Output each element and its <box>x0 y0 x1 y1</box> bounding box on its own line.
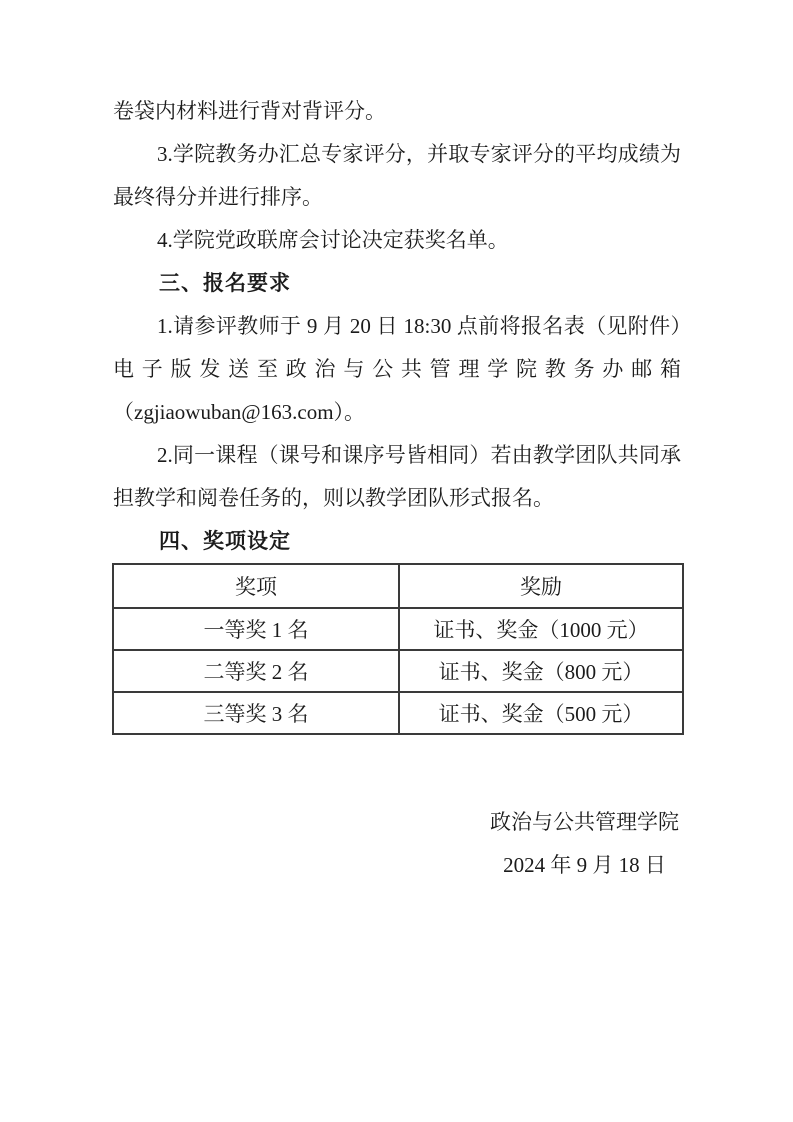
document-content: 卷袋内材料进行背对背评分。 3.学院教务办汇总专家评分，并取专家评分的平均成绩为… <box>113 90 681 887</box>
document-page: 卷袋内材料进行背对背评分。 3.学院教务办汇总专家评分，并取专家评分的平均成绩为… <box>0 0 793 1122</box>
award-prize-cell: 证书、奖金（1000 元） <box>399 608 683 650</box>
signature-organization: 政治与公共管理学院 <box>490 801 679 844</box>
section-heading-signup-requirements: 三、报名要求 <box>113 262 681 305</box>
paragraph-item-3: 3.学院教务办汇总专家评分，并取专家评分的平均成绩为最终得分并进行排序。 <box>113 133 681 219</box>
signature-date: 2024 年 9 月 18 日 <box>490 844 679 887</box>
award-prize-cell: 证书、奖金（500 元） <box>399 692 683 734</box>
awards-table-header-award: 奖项 <box>113 564 399 608</box>
award-name-cell: 三等奖 3 名 <box>113 692 399 734</box>
table-row-third-prize: 三等奖 3 名 证书、奖金（500 元） <box>113 692 683 734</box>
section-heading-award-settings: 四、奖项设定 <box>113 520 681 563</box>
paragraph-signup-1: 1.请参评教师于 9 月 20 日 18:30 点前将报名表（见附件）电子版发送… <box>113 305 681 434</box>
awards-table-header-prize: 奖励 <box>399 564 683 608</box>
awards-table-header-row: 奖项 奖励 <box>113 564 683 608</box>
paragraph-item-4: 4.学院党政联席会讨论决定获奖名单。 <box>113 219 681 262</box>
signature-block: 政治与公共管理学院 2024 年 9 月 18 日 <box>490 801 679 887</box>
award-name-cell: 一等奖 1 名 <box>113 608 399 650</box>
table-row-second-prize: 二等奖 2 名 证书、奖金（800 元） <box>113 650 683 692</box>
paragraph-continuation: 卷袋内材料进行背对背评分。 <box>113 90 681 133</box>
award-name-cell: 二等奖 2 名 <box>113 650 399 692</box>
award-prize-cell: 证书、奖金（800 元） <box>399 650 683 692</box>
paragraph-signup-2: 2.同一课程（课号和课序号皆相同）若由教学团队共同承担教学和阅卷任务的，则以教学… <box>113 434 681 520</box>
table-row-first-prize: 一等奖 1 名 证书、奖金（1000 元） <box>113 608 683 650</box>
awards-table: 奖项 奖励 一等奖 1 名 证书、奖金（1000 元） 二等奖 2 名 证书、奖… <box>112 563 684 735</box>
